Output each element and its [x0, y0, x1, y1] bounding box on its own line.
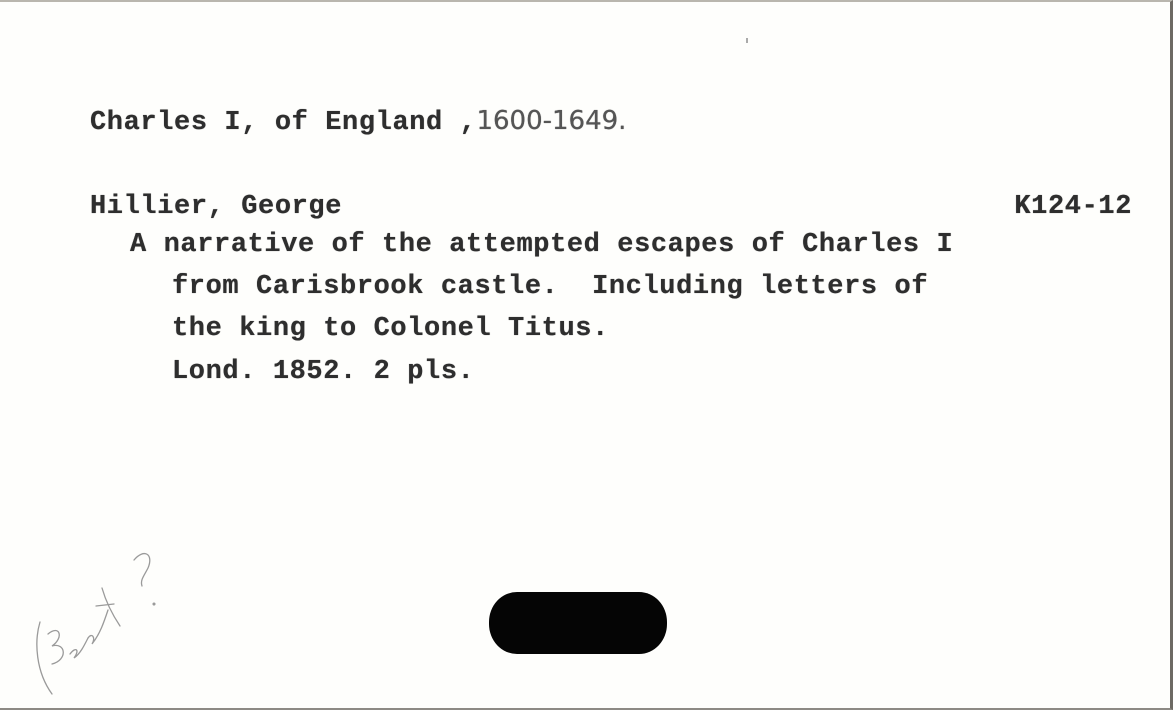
title-line-2: from Carisbrook castle. Including letter…	[172, 272, 928, 302]
author-name: Hillier, George	[90, 192, 342, 222]
title-line-1: A narrative of the attempted escapes of …	[130, 230, 953, 260]
catalog-card: Charles I, of England ,1600-1649. Hillie…	[0, 0, 1173, 710]
title-line-3: the king to Colonel Titus.	[172, 314, 609, 344]
subject-heading: Charles I, of England ,1600-1649.	[90, 106, 626, 138]
imprint: Lond. 1852. 2 pls.	[172, 357, 474, 387]
call-number: K124-12	[1014, 192, 1132, 222]
redaction-block	[489, 592, 667, 654]
pencil-annotation	[30, 542, 190, 710]
subject-name: Charles I, of England ,	[90, 108, 476, 138]
subject-dates: 1600-1649.	[476, 106, 626, 136]
paper-speck	[746, 38, 748, 43]
